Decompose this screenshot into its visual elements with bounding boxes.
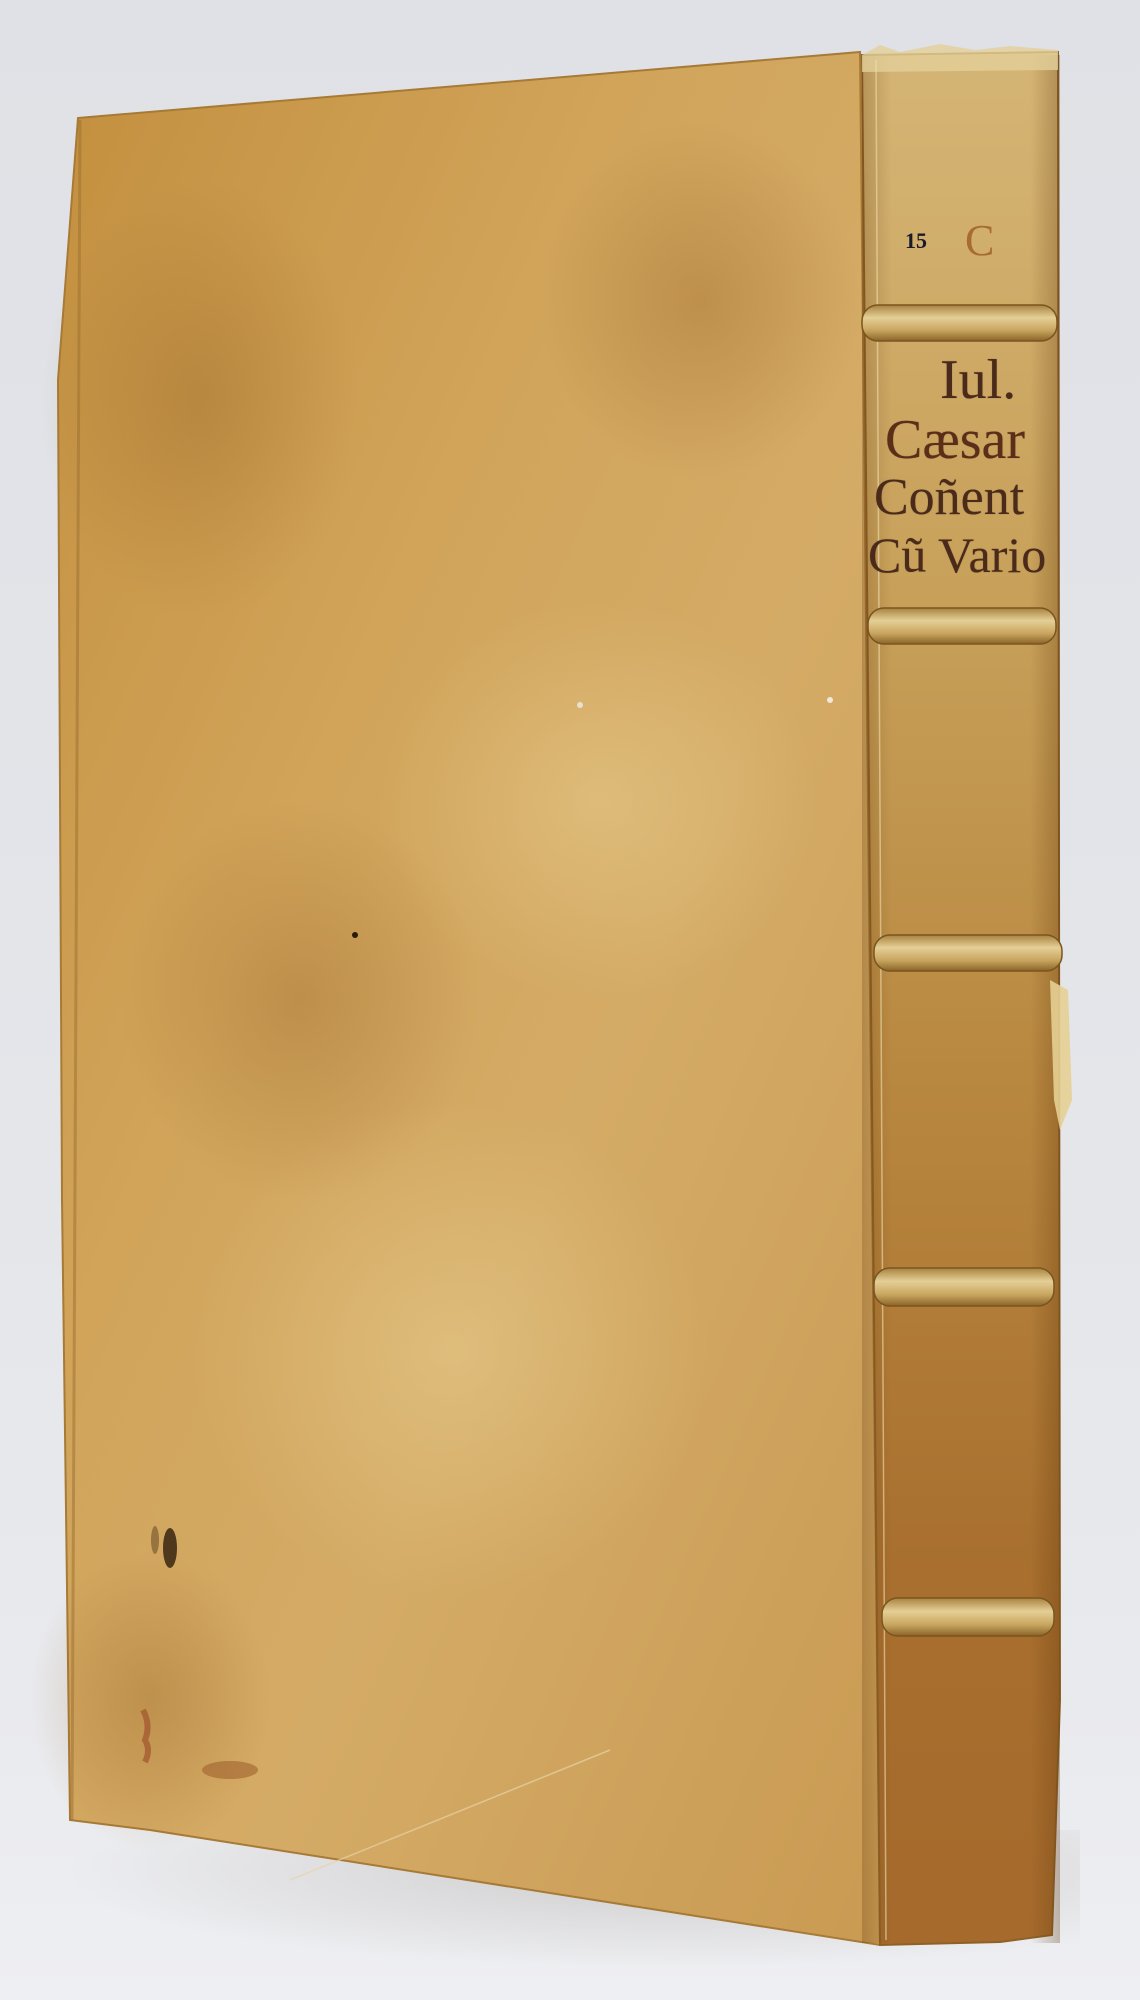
raised-band-2 — [868, 608, 1056, 644]
spine-letter-c: C — [965, 215, 994, 266]
raised-band-4 — [874, 1268, 1054, 1306]
spine-title-line-3: Coñent — [874, 472, 1060, 524]
raised-band-5 — [882, 1598, 1054, 1636]
ink-stain — [163, 1528, 177, 1568]
shelf-mark: 15 — [905, 228, 927, 254]
book-photo-scene: 15 C Iul. Cæsar Coñent Cũ Vario — [0, 0, 1140, 2000]
spine-title-line-1: Iul. — [940, 352, 1140, 408]
spine-title-line-2: Cæsar — [885, 412, 1085, 468]
vellum-book — [0, 0, 1140, 2000]
spine-title-line-4: Cũ Vario — [868, 530, 1060, 580]
raised-band-3 — [874, 935, 1062, 971]
raised-band-1 — [862, 305, 1057, 341]
